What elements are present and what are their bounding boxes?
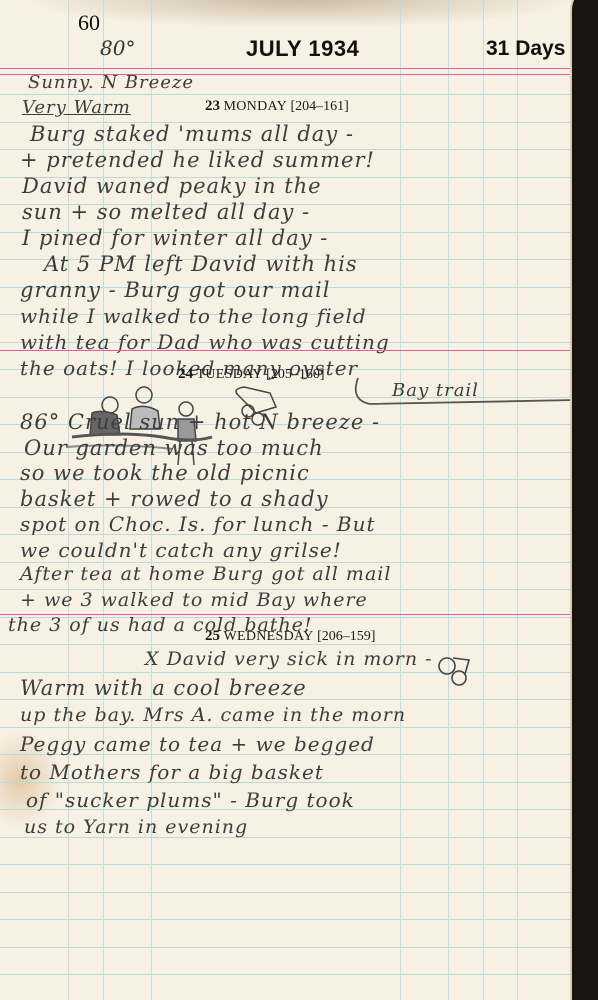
handwritten-line: spot on Choc. Is. for lunch - But [20, 512, 376, 536]
handwritten-line: X David very sick in morn - [145, 648, 433, 670]
ruled-column [517, 0, 518, 1000]
handwritten-line: Our garden was too much [24, 436, 324, 460]
handwritten-line: + we 3 walked to mid Bay where [20, 589, 368, 611]
ruled-line [0, 892, 598, 893]
ruled-line [0, 864, 598, 865]
handwritten-line: so we took the old picnic [20, 461, 310, 485]
day-heading-tuesday: 24 TUESDAY [205–160] [178, 366, 324, 383]
ruled-line [0, 947, 598, 948]
day-count: [206–159] [317, 629, 375, 644]
handwritten-line: + pretended he liked summer! [20, 148, 375, 172]
day-number: 24 [178, 366, 193, 382]
page-number: 60 [78, 10, 100, 36]
handwritten-line: us to Yarn in evening [24, 816, 248, 838]
glasses-sketch-icon [435, 652, 475, 692]
weather-note-line-2: Very Warm [22, 97, 131, 118]
day-number: 23 [205, 98, 220, 114]
handwritten-line: At 5 PM left David with his [44, 252, 358, 276]
day-divider [0, 350, 598, 351]
weekday: WEDNESDAY [224, 629, 314, 644]
day-heading-wednesday: 25 WEDNESDAY [206–159] [205, 628, 375, 645]
handwritten-line: Peggy came to tea + we begged [20, 732, 375, 756]
handwritten-line: Burg staked 'mums all day - [30, 122, 354, 146]
day-divider [0, 614, 598, 615]
handwritten-line: we couldn't catch any grilse! [20, 538, 342, 562]
day-heading-monday: 23 MONDAY [204–161] [205, 98, 349, 115]
ruled-line [0, 672, 598, 673]
handwritten-line: to Mothers for a big basket [20, 760, 324, 784]
ruled-line [0, 919, 598, 920]
ruled-column [483, 0, 484, 1000]
handwritten-line: After tea at home Burg got all mail [20, 563, 391, 585]
weekday: MONDAY [224, 99, 288, 114]
handwritten-line: I pined for winter all day - [22, 226, 328, 250]
handwritten-line: up the bay. Mrs A. came in the morn [20, 704, 406, 726]
handwritten-line: 86° Cruel sun + hot N breeze - [20, 410, 380, 434]
handwritten-line: basket + rowed to a shady [20, 487, 329, 511]
ruled-line [0, 94, 598, 95]
temperature-note: 80° [100, 36, 135, 60]
day-count: [204–161] [291, 99, 349, 114]
day-count: [205–160] [266, 367, 324, 382]
month-year-title: JULY 1934 [246, 36, 359, 62]
ruled-line [0, 974, 598, 975]
handwritten-line: Warm with a cool breeze [20, 676, 307, 700]
handwritten-line: of "sucker plums" - Burg took [26, 788, 355, 812]
weekday: TUESDAY [197, 367, 263, 382]
handwritten-line: while I walked to the long field [20, 304, 367, 328]
diary-page: 60 80° JULY 1934 31 Days Sunny. N Breeze… [0, 0, 598, 1000]
day-number: 25 [205, 628, 220, 644]
ruled-column [448, 0, 449, 1000]
handwritten-line: David waned peaky in the [22, 174, 322, 198]
days-in-month: 31 Days [486, 37, 565, 61]
weather-note-line-1: Sunny. N Breeze [28, 72, 194, 93]
handwritten-line: granny - Burg got our mail [20, 278, 330, 302]
ruled-column [400, 0, 401, 1000]
handwritten-line: sun + so melted all day - [22, 200, 310, 224]
ruled-line [0, 727, 598, 728]
